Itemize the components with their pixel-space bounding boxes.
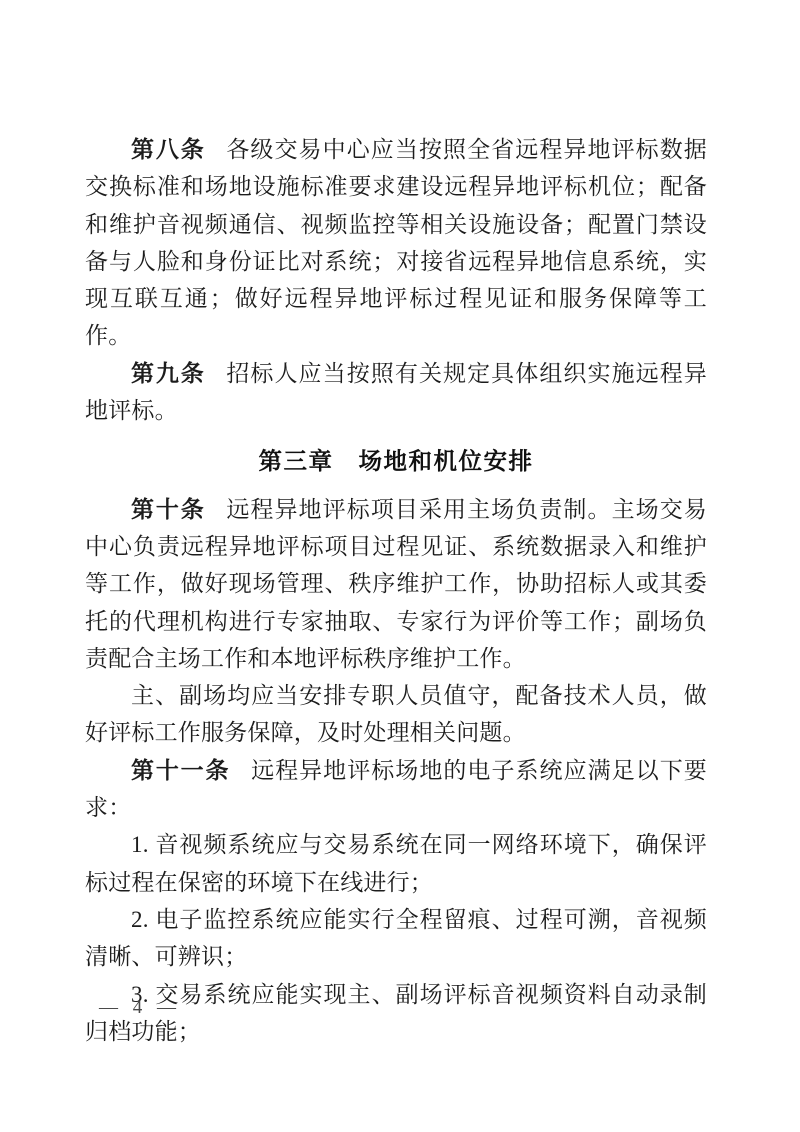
document-body: 第八条各级交易中心应当按照全省远程异地评标数据交换标准和场地设施标准要求建设远程… [85, 131, 707, 1050]
article-10-label: 第十条 [131, 496, 206, 522]
article-10-paragraph: 第十条远程异地评标项目采用主场负责制。主场交易中心负责远程异地评标项目过程见证、… [85, 491, 707, 677]
chapter-3-heading: 第三章 场地和机位安排 [85, 443, 707, 480]
article-8-text: 各级交易中心应当按照全省远程异地评标数据交换标准和场地设施标准要求建设远程异地评… [85, 137, 707, 348]
article-9-label: 第九条 [131, 360, 206, 386]
article-8-label: 第八条 [131, 136, 206, 162]
page-number: — 4 — [99, 995, 177, 1021]
article-11-item-3-text: 3. 交易系统应能实现主、副场评标音视频资料自动录制归档功能； [85, 982, 707, 1044]
article-9-paragraph: 第九条招标人应当按照有关规定具体组织实施远程异地评标。 [85, 355, 707, 430]
document-page: 第八条各级交易中心应当按照全省远程异地评标数据交换标准和场地设施标准要求建设远程… [0, 0, 800, 1132]
article-10-continuation-paragraph: 主、副场均应当安排专职人员值守，配备技术人员，做好评标工作服务保障，及时处理相关… [85, 677, 707, 752]
article-11-label: 第十一条 [131, 757, 230, 783]
article-11-item-1-text: 1. 音视频系统应与交易系统在同一网络环境下，确保评标过程在保密的环境下在线进行… [85, 832, 707, 894]
article-10-text: 远程异地评标项目采用主场负责制。主场交易中心负责远程异地评标项目过程见证、系统数… [85, 497, 707, 671]
article-11-item-2-text: 2. 电子监控系统应能实行全程留痕、过程可溯，音视频清晰、可辨识； [85, 907, 707, 969]
article-11-item-1: 1. 音视频系统应与交易系统在同一网络环境下，确保评标过程在保密的环境下在线进行… [85, 826, 707, 901]
article-11-item-3: 3. 交易系统应能实现主、副场评标音视频资料自动录制归档功能； [85, 976, 707, 1051]
article-8-paragraph: 第八条各级交易中心应当按照全省远程异地评标数据交换标准和场地设施标准要求建设远程… [85, 131, 707, 355]
article-11-item-2: 2. 电子监控系统应能实行全程留痕、过程可溯，音视频清晰、可辨识； [85, 901, 707, 976]
article-11-paragraph: 第十一条远程异地评标场地的电子系统应满足以下要求： [85, 752, 707, 827]
article-10-continuation-text: 主、副场均应当安排专职人员值守，配备技术人员，做好评标工作服务保障，及时处理相关… [85, 683, 707, 745]
